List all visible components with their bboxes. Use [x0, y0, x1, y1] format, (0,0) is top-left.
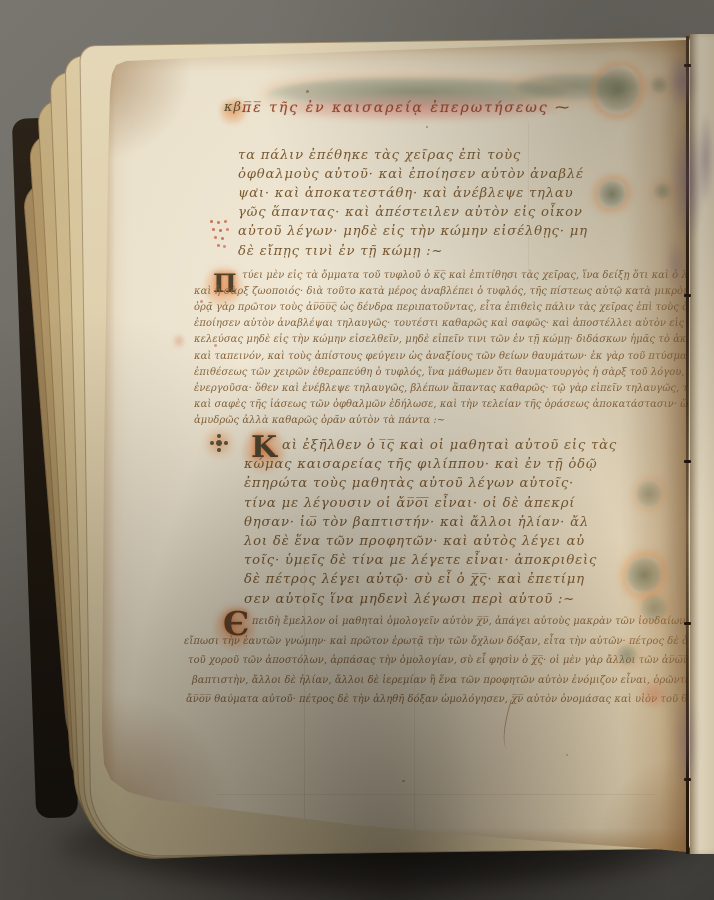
gospel-line: αὶ ἐξῆλθεν ὁ ι̅ς̅ καὶ οἱ μαθηταὶ αὐτοῦ ε… — [282, 436, 617, 455]
purple-gutter-stain — [668, 55, 696, 107]
gospel-line: δὲ πέτρος λέγει αὐτῷ· σὺ εἶ ὁ χ̅ς̅· καὶ … — [244, 570, 585, 589]
gospel-line: τοῖς· ὑμεῖς δὲ τίνα με λέγετε εἶναι· ἀπο… — [244, 551, 597, 570]
showthrough-stain — [650, 76, 668, 94]
commentary-line: τύει μὲν εἰς τὰ ὄμματα τοῦ τυφλοῦ ὁ κ̅ς̅… — [242, 268, 714, 284]
commentary-line: ἐνεργοῦσα· ὅθεν καὶ ἐνέβλεψε τηλαυγῶς, β… — [194, 381, 714, 397]
commentary-line: καὶ σαφὲς τῆς ἰάσεως τῶν ὀφθαλμῶν ἐδήλωσ… — [194, 397, 714, 413]
showthrough-stain — [654, 182, 671, 200]
commentary-line: ὁρᾷ γὰρ πρῶτον τοὺς ἀν̅ο̅υ̅ς̅ ὡς δένδρα … — [194, 300, 714, 316]
red-dot-ornament — [210, 220, 213, 223]
gospel-line: κώμας καισαρείας τῆς φιλίππου· καὶ ἐν τῇ… — [244, 455, 597, 474]
gospel-line: τα πάλιν ἐπέθηκε τὰς χεῖρας ἐπὶ τοὺς — [238, 146, 521, 165]
parchment-crease — [216, 794, 656, 795]
commentary-line: ἀμυδρῶς ἀλλὰ καθαρῶς ὁρᾶν αὐτὸν τὰ πάντα… — [194, 413, 445, 429]
purple-gutter-stain — [699, 112, 713, 204]
foxing-speck — [426, 126, 428, 128]
showthrough-stain — [636, 480, 662, 508]
foxing-speck — [306, 90, 309, 93]
red-pigment-smudge — [636, 680, 672, 708]
chapter-title-rubric: π̅ε̅ τῆς ἐν καισαρείᾳ ἐπερωτήσεως ⁓ — [242, 100, 571, 116]
manuscript-page: κβ. π̅ε̅ τῆς ἐν καισαρείᾳ ἐπερωτήσεως ⁓ … — [96, 38, 692, 854]
gospel-line: δὲ εἴπῃς τινὶ ἐν τῇ κώμῃ :~ — [238, 242, 443, 261]
commentary-line: βαπτιστὴν, ἄλλοι δὲ ἠλίαν, ἄλλοι δὲ ἱερε… — [192, 671, 714, 691]
gospel-line: θησαν· ἰω̅ τὸν βαπτιστήν· καὶ ἄλλοι ἠλία… — [244, 513, 589, 532]
commentary-line: καὶ ἡ σὰρξ ζωοποιός· διὰ τοῦτο κατὰ μέρο… — [194, 284, 714, 300]
stitch-thread — [684, 622, 691, 625]
foxing-speck — [566, 754, 568, 756]
gospel-line: αὐτοῦ λέγων· μηδὲ εἰς τὴν κώμην εἰσέλθῃς… — [238, 222, 588, 241]
foxing-speck — [402, 780, 405, 782]
gospel-line: ἐπηρώτα τοὺς μαθητὰς αὐτοῦ λέγων αὐτοῖς· — [244, 474, 574, 493]
photograph-of-greek-gospel-manuscript: { "palette": { "background_gray": "#6f6c… — [0, 0, 714, 900]
stitch-thread — [684, 294, 691, 297]
gospel-line: λοι δὲ ἕνα τῶν προφητῶν· καὶ αὐτὸς λέγει… — [244, 532, 585, 551]
gospel-line: τίνα με λέγουσιν οἱ ἄν̅ο̅ι̅ εἶναι· οἱ δὲ… — [244, 494, 575, 513]
commentary-line: κελεύσας μηδὲ εἰς τὴν κώμην εἰσελθεῖν, μ… — [194, 332, 714, 348]
showthrough-stain — [598, 180, 626, 208]
commentary-line: ἐπιθέσεως τῶν χειρῶν ἐθεραπεύθη ὁ τυφλός… — [194, 365, 714, 381]
purple-gutter-stain — [674, 692, 698, 790]
kephalaion-ring-ornament — [216, 440, 222, 446]
commentary-line: ἐποίησεν αὐτὸν ἀναβλέψαι τηλαυγῶς· τουτέ… — [194, 316, 714, 332]
foxing-speck — [200, 300, 203, 303]
gospel-line: σεν αὐτοῖς ἵνα μηδενὶ λέγωσι περὶ αὐτοῦ … — [244, 590, 575, 609]
commentary-line: ἄν̅ο̅ν̅ θαύματα αὐτοῦ· πέτρος δὲ τὴν ἀλη… — [186, 690, 709, 710]
red-pigment-smear — [174, 332, 184, 350]
showthrough-stain — [626, 556, 662, 594]
purple-gutter-stain — [666, 240, 686, 288]
foxing-speck — [214, 344, 217, 347]
gospel-line: γῶς ἅπαντας· καὶ ἀπέστειλεν αὐτὸν εἰς οἶ… — [238, 203, 583, 222]
gospel-line: ὀφθαλμοὺς αὐτοῦ· καὶ ἐποίησεν αὐτὸν ἀναβ… — [238, 165, 584, 184]
showthrough-stain — [596, 66, 640, 114]
commentary-line: καὶ ταπεινόν, καὶ τοὺς ἀπίστους φεύγειν … — [194, 349, 714, 365]
stitch-thread — [684, 460, 691, 463]
foxing-speck — [256, 188, 258, 190]
gospel-line: ψαι· καὶ ἀποκατεστάθη· καὶ ἀνέβλεψε τηλα… — [238, 184, 573, 203]
